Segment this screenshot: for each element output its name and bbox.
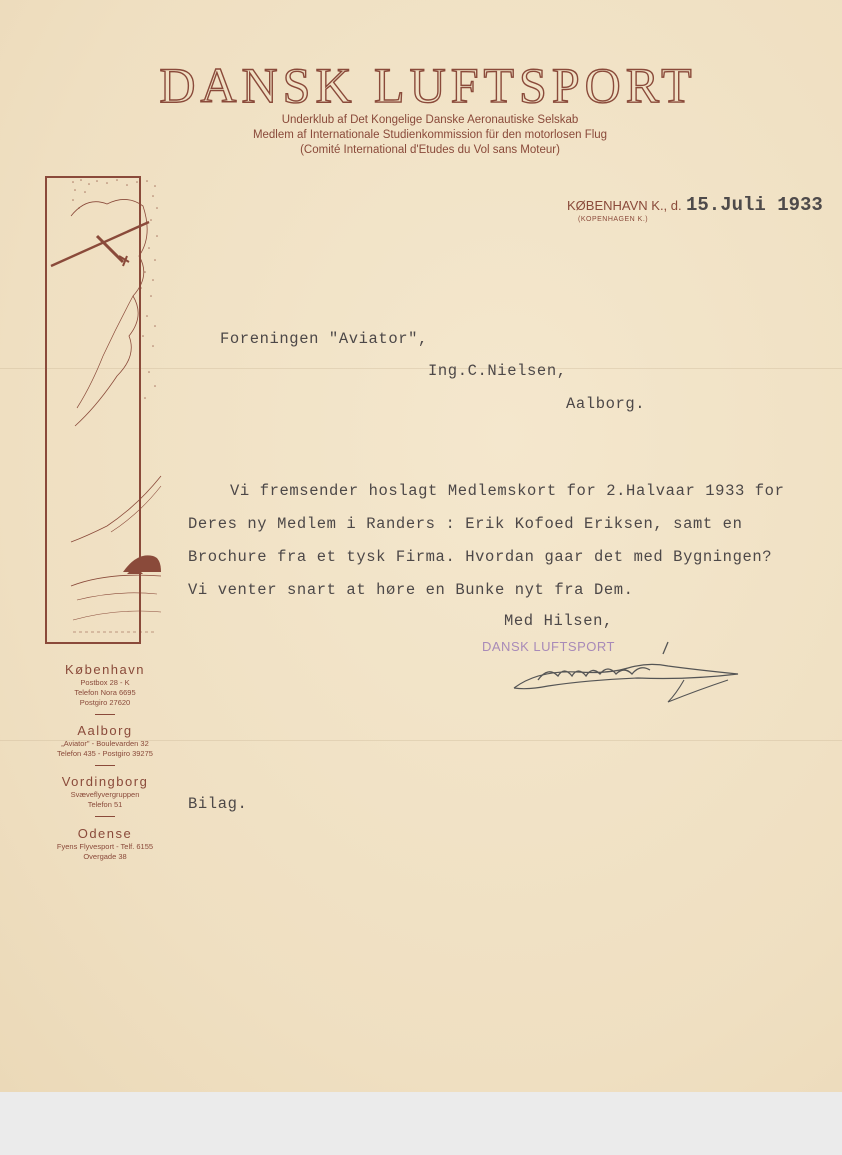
recipient-line-1: Foreningen "Aviator", bbox=[220, 330, 428, 348]
office-line: Telefon 51 bbox=[30, 800, 180, 810]
closing: Med Hilsen, bbox=[504, 612, 613, 630]
body-line-2: Deres ny Medlem i Randers : Erik Kofoed … bbox=[188, 515, 742, 533]
body-line-3: Brochure fra et tysk Firma. Hvordan gaar… bbox=[188, 548, 772, 566]
office-city: Aalborg bbox=[30, 723, 180, 739]
handwritten-signature bbox=[508, 640, 748, 710]
body-line-1: Vi fremsender hoslagt Medlemskort for 2.… bbox=[230, 482, 784, 500]
divider bbox=[95, 765, 115, 766]
divider bbox=[95, 714, 115, 715]
office-line: Telefon 435 - Postgiro 39275 bbox=[30, 749, 180, 759]
glider-over-coast-illustration bbox=[45, 176, 185, 644]
office-city: Odense bbox=[30, 826, 180, 842]
office-line: Postgiro 27620 bbox=[30, 698, 180, 708]
office-line: Fyens Flyvesport - Telf. 6155 bbox=[30, 842, 180, 852]
letterhead-subline-1: Underklub af Det Kongelige Danske Aerona… bbox=[130, 113, 730, 127]
glider-illustration-frame bbox=[45, 176, 141, 644]
office-line: Svæveflyvergruppen bbox=[30, 790, 180, 800]
divider bbox=[95, 816, 115, 817]
letter-paper: DANSK LUFTSPORT Underklub af Det Kongeli… bbox=[0, 0, 842, 1092]
letter-date: 15.Juli 1933 bbox=[686, 194, 823, 216]
office-odense: Odense Fyens Flyvesport - Telf. 6155 Ove… bbox=[30, 826, 180, 862]
letterhead-title: DANSK LUFTSPORT bbox=[128, 56, 728, 114]
office-city: Vordingborg bbox=[30, 774, 180, 790]
office-line: Overgade 38 bbox=[30, 852, 180, 862]
office-line: Postbox 28 - K bbox=[30, 678, 180, 688]
office-aalborg: Aalborg „Aviator" - Boulevarden 32 Telef… bbox=[30, 723, 180, 772]
place-sub-label: (KOPENHAGEN K.) bbox=[578, 216, 648, 223]
office-line: „Aviator" - Boulevarden 32 bbox=[30, 739, 180, 749]
office-line: Telefon Nora 6695 bbox=[30, 688, 180, 698]
letterhead-subline-3: (Comité International d'Etudes du Vol sa… bbox=[130, 143, 730, 157]
enclosure-label: Bilag. bbox=[188, 795, 247, 813]
office-kobenhavn: København Postbox 28 - K Telefon Nora 66… bbox=[30, 662, 180, 721]
body-line-4: Vi venter snart at høre en Bunke nyt fra… bbox=[188, 581, 634, 599]
recipient-line-2: Ing.C.Nielsen, bbox=[428, 362, 567, 380]
office-vordingborg: Vordingborg Svæveflyvergruppen Telefon 5… bbox=[30, 774, 180, 823]
office-city: København bbox=[30, 662, 180, 678]
place-label: KØBENHAVN K., d. bbox=[567, 198, 682, 213]
recipient-line-3: Aalborg. bbox=[566, 395, 645, 413]
letterhead-subline-2: Medlem af Internationale Studienkommissi… bbox=[130, 128, 730, 142]
